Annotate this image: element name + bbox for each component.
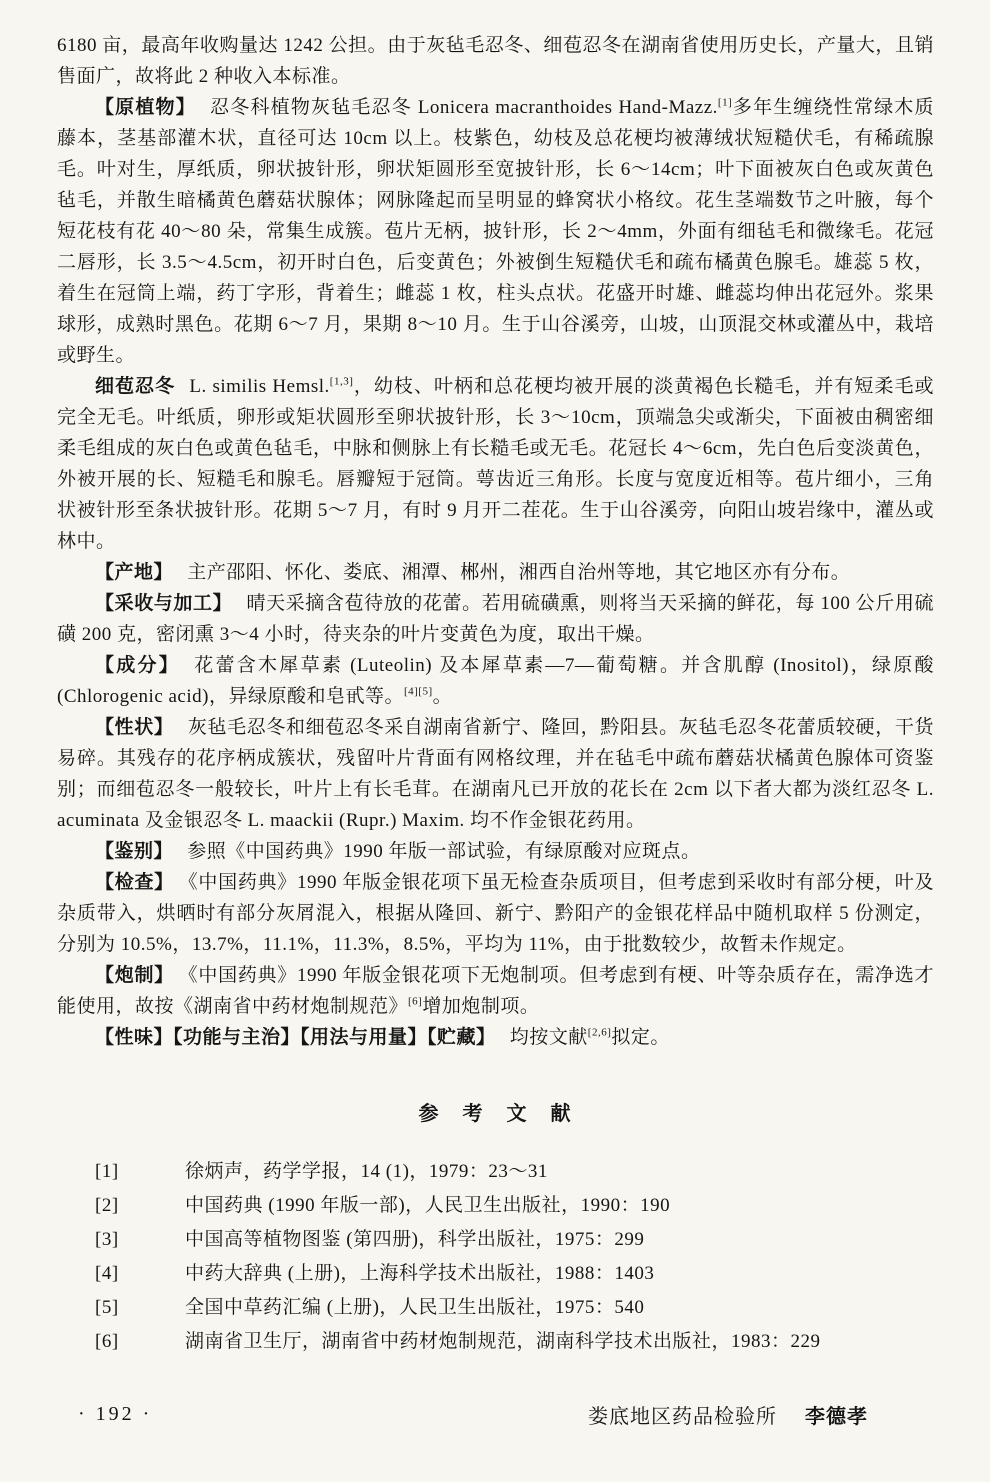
paragraph-paozhi-processing: 【炮制】《中国药典》1990 年版金银花项下无炮制项。但考虑到有梗、叶等杂质存在…: [57, 960, 934, 1022]
section-label-examination: 【检查】: [95, 872, 174, 893]
reference-item: [4]中药大辞典 (上册)，上海科学技术出版社，1988：1403: [95, 1262, 934, 1286]
reference-text: 湖南省卫生厅，湖南省中药材炮制规范，湖南科学技术出版社，1983：229: [185, 1330, 821, 1354]
reference-item: [3]中国高等植物图鉴 (第四册)，科学出版社，1975：299: [95, 1228, 934, 1252]
section-text-identification: 参照《中国药典》1990 年版一部试验，有绿原酸对应斑点。: [187, 841, 700, 862]
reference-text: 全国中草药汇编 (上册)，人民卫生出版社，1975：540: [185, 1296, 644, 1320]
section-label-harvest-processing: 【采收与加工】: [95, 593, 232, 614]
reference-text: 徐炳声，药学学报，14 (1)，1979：23～31: [185, 1160, 548, 1184]
reference-number: [2]: [95, 1194, 141, 1218]
paragraph-harvest-processing: 【采收与加工】晴天采摘含苞待放的花蕾。若用硫磺熏，则将当天采摘的鲜花，每 100…: [57, 588, 934, 650]
section-text-original-plant: 忍冬科植物灰毡毛忍冬 Lonicera macranthoides Hand-M…: [57, 97, 934, 366]
reference-number: [6]: [95, 1330, 141, 1354]
paragraph-characteristics: 【性状】灰毡毛忍冬和细苞忍冬采自湖南省新宁、隆回，黔阳县。灰毡毛忍冬花蕾质较硬，…: [57, 712, 934, 836]
paragraph-lonicera-similis: 细苞忍冬L. similis Hemsl.[1,3]，幼枝、叶柄和总花梗均被开展…: [57, 371, 934, 557]
signature-author: 李德孝: [805, 1406, 868, 1428]
scanned-document-page: 6180 亩，最高年收购量达 1242 公担。由于灰毡毛忍冬、细苞忍冬在湖南省使…: [0, 0, 990, 1482]
references-heading: 参 考 文 献: [57, 1097, 934, 1126]
references-list: [1]徐炳声，药学学报，14 (1)，1979：23～31 [2]中国药典 (1…: [57, 1160, 934, 1354]
reference-number: [3]: [95, 1228, 141, 1252]
section-text-production-area: 主产邵阳、怀化、娄底、湘潭、郴州，湘西自治州等地，其它地区亦有分布。: [187, 562, 850, 583]
section-label-constituents: 【成分】: [95, 655, 180, 676]
section-label-characteristics: 【性状】: [95, 717, 174, 738]
reference-text: 中国药典 (1990 年版一部)，人民卫生出版社，1990：190: [185, 1194, 670, 1218]
section-text-examination: 《中国药典》1990 年版金银花项下虽无检查杂质项目，但考虑到采收时有部分梗，叶…: [57, 872, 934, 955]
reference-number: [4]: [95, 1262, 141, 1286]
paragraph-examination: 【检查】《中国药典》1990 年版金银花项下虽无检查杂质项目，但考虑到采收时有部…: [57, 867, 934, 960]
reference-number: [1]: [95, 1160, 141, 1184]
paragraph-properties-combined: 【性味】【功能与主治】【用法与用量】【贮藏】均按文献[2,6]拟定。: [57, 1022, 934, 1053]
reference-text: 中药大辞典 (上册)，上海科学技术出版社，1988：1403: [185, 1262, 654, 1286]
signature-line: 娄底地区药品检验所李德孝: [57, 1400, 934, 1429]
paragraph-original-plant: 【原植物】忍冬科植物灰毡毛忍冬 Lonicera macranthoides H…: [57, 92, 934, 371]
section-label-identification: 【鉴别】: [95, 841, 173, 862]
section-text-constituents: 花蕾含木犀草素 (Luteolin) 及本犀草素—7—葡萄糖。并含肌醇 (Ino…: [57, 655, 934, 707]
section-text-paozhi-processing: 《中国药典》1990 年版金银花项下无炮制项。但考虑到有梗、叶等杂质存在，需净选…: [57, 965, 934, 1017]
reference-item: [5]全国中草药汇编 (上册)，人民卫生出版社，1975：540: [95, 1296, 934, 1320]
section-label-lonicera-similis: 细苞忍冬: [95, 376, 175, 397]
paragraph-constituents: 【成分】花蕾含木犀草素 (Luteolin) 及本犀草素—7—葡萄糖。并含肌醇 …: [57, 650, 934, 712]
paragraph-intro-continuation: 6180 亩，最高年收购量达 1242 公担。由于灰毡毛忍冬、细苞忍冬在湖南省使…: [57, 30, 934, 92]
section-label-original-plant: 【原植物】: [95, 97, 196, 118]
section-label-paozhi-processing: 【炮制】: [95, 965, 174, 986]
intro-text: 6180 亩，最高年收购量达 1242 公担。由于灰毡毛忍冬、细苞忍冬在湖南省使…: [57, 35, 934, 87]
reference-item: [2]中国药典 (1990 年版一部)，人民卫生出版社，1990：190: [95, 1194, 934, 1218]
reference-text: 中国高等植物图鉴 (第四册)，科学出版社，1975：299: [185, 1228, 644, 1252]
section-label-production-area: 【产地】: [95, 562, 173, 583]
reference-number: [5]: [95, 1296, 141, 1320]
page-number: · 192 ·: [78, 1403, 152, 1426]
section-label-properties-combined: 【性味】【功能与主治】【用法与用量】【贮藏】: [95, 1027, 496, 1048]
reference-item: [1]徐炳声，药学学报，14 (1)，1979：23～31: [95, 1160, 934, 1184]
section-text-lonicera-similis: L. similis Hemsl.[1,3]，幼枝、叶柄和总花梗均被开展的淡黄褐…: [57, 376, 934, 552]
paragraph-production-area: 【产地】主产邵阳、怀化、娄底、湘潭、郴州，湘西自治州等地，其它地区亦有分布。: [57, 557, 934, 588]
section-text-properties-combined: 均按文献[2,6]拟定。: [510, 1027, 670, 1048]
section-text-characteristics: 灰毡毛忍冬和细苞忍冬采自湖南省新宁、隆回，黔阳县。灰毡毛忍冬花蕾质较硬，干货易碎…: [57, 717, 934, 831]
paragraph-identification: 【鉴别】参照《中国药典》1990 年版一部试验，有绿原酸对应斑点。: [57, 836, 934, 867]
signature-affiliation: 娄底地区药品检验所: [588, 1406, 777, 1428]
reference-item: [6]湖南省卫生厅，湖南省中药材炮制规范，湖南科学技术出版社，1983：229: [95, 1330, 934, 1354]
